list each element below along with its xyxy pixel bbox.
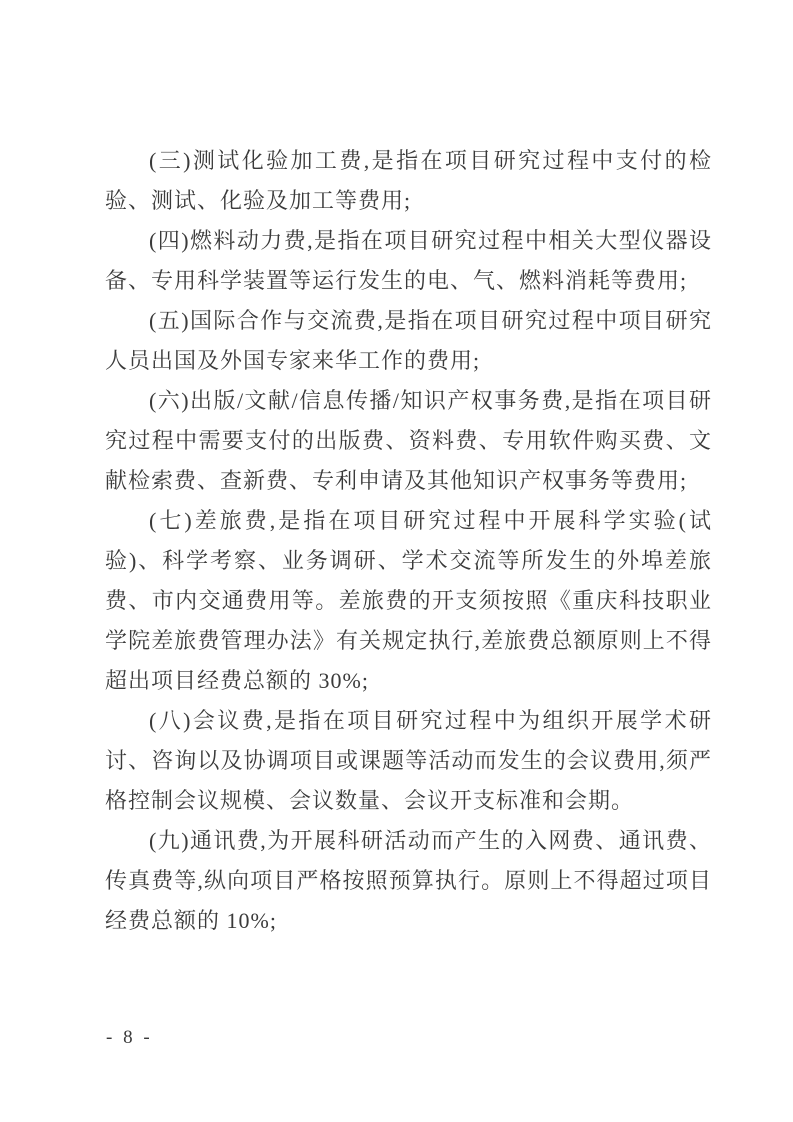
page-number: - 8 - [106, 1027, 153, 1048]
page-footer: - 8 - [106, 1026, 153, 1050]
paragraph-item-7: (七)差旅费,是指在项目研究过程中开展科学实验(试验)、科学考察、业务调研、学术… [105, 501, 712, 701]
document-page: (三)测试化验加工费,是指在项目研究过程中支付的检验、测试、化验及加工等费用;(… [0, 0, 793, 1122]
paragraph-item-6: (六)出版/文献/信息传播/知识产权事务费,是指在项目研究过程中需要支付的出版费… [105, 381, 712, 501]
document-body: (三)测试化验加工费,是指在项目研究过程中支付的检验、测试、化验及加工等费用;(… [105, 141, 712, 941]
paragraph-item-3: (三)测试化验加工费,是指在项目研究过程中支付的检验、测试、化验及加工等费用; [105, 141, 712, 221]
paragraph-item-9: (九)通讯费,为开展科研活动而产生的入网费、通讯费、传真费等,纵向项目严格按照预… [105, 821, 712, 941]
paragraph-item-8: (八)会议费,是指在项目研究过程中为组织开展学术研讨、咨询以及协调项目或课题等活… [105, 701, 712, 821]
paragraph-item-4: (四)燃料动力费,是指在项目研究过程中相关大型仪器设备、专用科学装置等运行发生的… [105, 221, 712, 301]
paragraph-item-5: (五)国际合作与交流费,是指在项目研究过程中项目研究人员出国及外国专家来华工作的… [105, 301, 712, 381]
